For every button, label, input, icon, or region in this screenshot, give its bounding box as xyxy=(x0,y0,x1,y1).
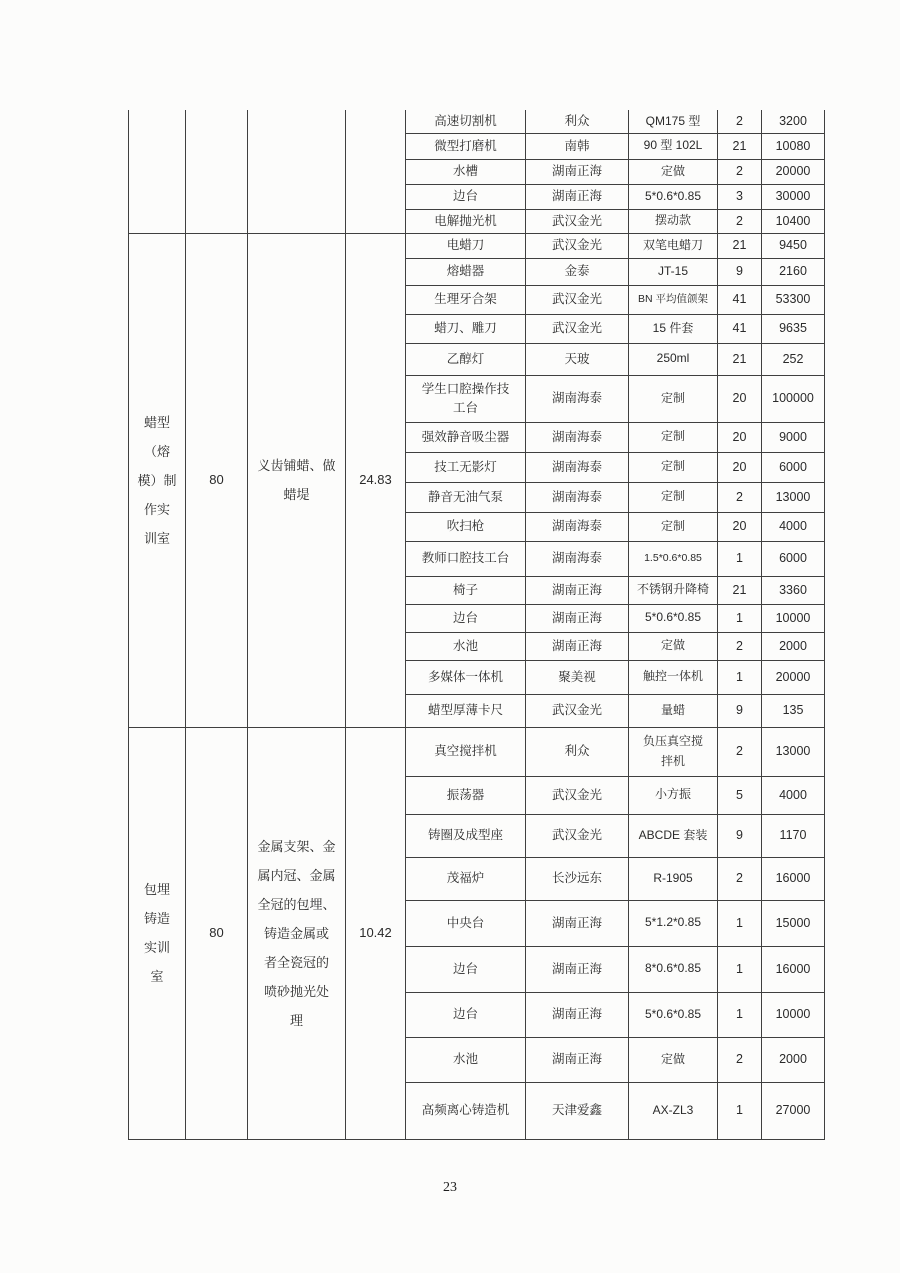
equipment-brand-cell: 天津爱鑫 xyxy=(526,1082,629,1139)
equipment-model-cell: JT-15 xyxy=(629,258,718,285)
equipment-price-cell: 30000 xyxy=(762,184,825,209)
equipment-price-cell: 10000 xyxy=(762,604,825,632)
equipment-qty-cell: 1 xyxy=(718,992,762,1037)
equipment-name-cell: 高速切割机 xyxy=(406,110,526,133)
equipment-model-cell: 定制 xyxy=(629,422,718,452)
equipment-qty-cell: 20 xyxy=(718,452,762,482)
equipment-price-cell: 20000 xyxy=(762,660,825,694)
equipment-price-cell: 1170 xyxy=(762,814,825,857)
equipment-price-cell: 4000 xyxy=(762,512,825,541)
equipment-name-cell: 电蜡刀 xyxy=(406,233,526,258)
equipment-brand-cell: 金泰 xyxy=(526,258,629,285)
equipment-model-cell: 8*0.6*0.85 xyxy=(629,946,718,992)
equipment-brand-cell: 武汉金光 xyxy=(526,694,629,727)
equipment-name-cell: 吹扫枪 xyxy=(406,512,526,541)
equipment-brand-cell: 武汉金光 xyxy=(526,776,629,814)
equipment-price-cell: 100000 xyxy=(762,375,825,422)
equipment-qty-cell: 2 xyxy=(718,110,762,133)
function-cell: 金属支架、金 属内冠、金属 全冠的包埋、 铸造金属或 者全瓷冠的 喷砂抛光处 理 xyxy=(248,727,346,1139)
equipment-brand-cell: 长沙远东 xyxy=(526,857,629,900)
equipment-qty-cell: 5 xyxy=(718,776,762,814)
equipment-qty-cell: 2 xyxy=(718,209,762,233)
equipment-price-cell: 9635 xyxy=(762,314,825,343)
equipment-brand-cell: 湖南海泰 xyxy=(526,512,629,541)
equipment-price-cell: 10000 xyxy=(762,992,825,1037)
equipment-name-cell: 蜡刀、雕刀 xyxy=(406,314,526,343)
equipment-brand-cell: 武汉金光 xyxy=(526,233,629,258)
equipment-qty-cell: 21 xyxy=(718,233,762,258)
equipment-price-cell: 2160 xyxy=(762,258,825,285)
equipment-qty-cell: 41 xyxy=(718,285,762,314)
equipment-brand-cell: 利众 xyxy=(526,727,629,776)
equipment-name-cell: 边台 xyxy=(406,604,526,632)
function-cell: 义齿铺蜡、做 蜡堤 xyxy=(248,233,346,727)
equipment-qty-cell: 1 xyxy=(718,541,762,576)
equipment-name-cell: 电解抛光机 xyxy=(406,209,526,233)
equipment-brand-cell: 湖南正海 xyxy=(526,159,629,184)
equipment-price-cell: 13000 xyxy=(762,482,825,512)
equipment-model-cell: R-1905 xyxy=(629,857,718,900)
equipment-name-cell: 强效静音吸尘器 xyxy=(406,422,526,452)
equipment-price-cell: 135 xyxy=(762,694,825,727)
room-cell xyxy=(129,110,186,233)
equipment-model-cell: 定做 xyxy=(629,159,718,184)
equipment-name-cell: 真空搅拌机 xyxy=(406,727,526,776)
equipment-price-cell: 9450 xyxy=(762,233,825,258)
area-cell xyxy=(186,110,248,233)
equipment-price-cell: 10080 xyxy=(762,133,825,159)
equipment-qty-cell: 9 xyxy=(718,258,762,285)
equipment-qty-cell: 3 xyxy=(718,184,762,209)
table-row: 蜡型 （熔 模）制 作实 训室80义齿铺蜡、做 蜡堤24.83电蜡刀武汉金光双笔… xyxy=(129,233,825,258)
equipment-model-cell: 15 件套 xyxy=(629,314,718,343)
equipment-price-cell: 16000 xyxy=(762,857,825,900)
equipment-model-cell: 定制 xyxy=(629,452,718,482)
equipment-name-cell: 微型打磨机 xyxy=(406,133,526,159)
equipment-name-cell: 边台 xyxy=(406,946,526,992)
equipment-brand-cell: 湖南正海 xyxy=(526,576,629,604)
equipment-name-cell: 熔蜡器 xyxy=(406,258,526,285)
equipment-price-cell: 9000 xyxy=(762,422,825,452)
equipment-qty-cell: 20 xyxy=(718,512,762,541)
equipment-name-cell: 技工无影灯 xyxy=(406,452,526,482)
equipment-qty-cell: 2 xyxy=(718,632,762,660)
equipment-model-cell: QM175 型 xyxy=(629,110,718,133)
equipment-model-cell: 5*0.6*0.85 xyxy=(629,184,718,209)
equipment-qty-cell: 9 xyxy=(718,694,762,727)
equipment-model-cell: 负压真空搅 拌机 xyxy=(629,727,718,776)
equipment-qty-cell: 41 xyxy=(718,314,762,343)
equipment-price-cell: 4000 xyxy=(762,776,825,814)
table-row: 高速切割机利众QM175 型23200 xyxy=(129,110,825,133)
equipment-brand-cell: 湖南海泰 xyxy=(526,375,629,422)
equipment-qty-cell: 1 xyxy=(718,900,762,946)
equipment-brand-cell: 武汉金光 xyxy=(526,285,629,314)
equipment-model-cell: ABCDE 套装 xyxy=(629,814,718,857)
equipment-price-cell: 13000 xyxy=(762,727,825,776)
equipment-brand-cell: 利众 xyxy=(526,110,629,133)
area-cell: 80 xyxy=(186,233,248,727)
equipment-price-cell: 6000 xyxy=(762,541,825,576)
equipment-name-cell: 椅子 xyxy=(406,576,526,604)
equipment-price-cell: 27000 xyxy=(762,1082,825,1139)
equipment-qty-cell: 20 xyxy=(718,422,762,452)
equipment-brand-cell: 天玻 xyxy=(526,343,629,375)
equipment-name-cell: 铸圈及成型座 xyxy=(406,814,526,857)
equipment-model-cell: 双笔电蜡刀 xyxy=(629,233,718,258)
equipment-name-cell: 静音无油气泵 xyxy=(406,482,526,512)
equipment-model-cell: 触控一体机 xyxy=(629,660,718,694)
equipment-price-cell: 16000 xyxy=(762,946,825,992)
equipment-name-cell: 水池 xyxy=(406,1037,526,1082)
equipment-brand-cell: 武汉金光 xyxy=(526,314,629,343)
equipment-name-cell: 生理牙合架 xyxy=(406,285,526,314)
equipment-model-cell: 5*0.6*0.85 xyxy=(629,992,718,1037)
equipment-qty-cell: 1 xyxy=(718,660,762,694)
equipment-brand-cell: 湖南正海 xyxy=(526,946,629,992)
equipment-qty-cell: 2 xyxy=(718,482,762,512)
equipment-brand-cell: 湖南海泰 xyxy=(526,422,629,452)
table-row: 包埋 铸造 实训 室80金属支架、金 属内冠、金属 全冠的包埋、 铸造金属或 者… xyxy=(129,727,825,776)
equipment-qty-cell: 1 xyxy=(718,946,762,992)
equipment-brand-cell: 湖南正海 xyxy=(526,900,629,946)
equipment-brand-cell: 湖南海泰 xyxy=(526,482,629,512)
equipment-model-cell: 定制 xyxy=(629,375,718,422)
equipment-model-cell: 量蜡 xyxy=(629,694,718,727)
equipment-brand-cell: 湖南海泰 xyxy=(526,541,629,576)
document-page: 高速切割机利众QM175 型23200微型打磨机南韩90 型 102L21100… xyxy=(0,0,900,1273)
equipment-model-cell: 小方振 xyxy=(629,776,718,814)
equipment-table-body: 高速切割机利众QM175 型23200微型打磨机南韩90 型 102L21100… xyxy=(129,110,825,1139)
room-cell: 包埋 铸造 实训 室 xyxy=(129,727,186,1139)
equipment-name-cell: 振荡器 xyxy=(406,776,526,814)
value-cell: 24.83 xyxy=(346,233,406,727)
equipment-qty-cell: 2 xyxy=(718,727,762,776)
equipment-price-cell: 2000 xyxy=(762,1037,825,1082)
equipment-qty-cell: 21 xyxy=(718,576,762,604)
equipment-table: 高速切割机利众QM175 型23200微型打磨机南韩90 型 102L21100… xyxy=(128,110,825,1140)
equipment-model-cell: 定制 xyxy=(629,512,718,541)
equipment-model-cell: BN 平均值颌架 xyxy=(629,285,718,314)
equipment-name-cell: 边台 xyxy=(406,992,526,1037)
equipment-brand-cell: 聚美视 xyxy=(526,660,629,694)
equipment-brand-cell: 湖南正海 xyxy=(526,632,629,660)
equipment-price-cell: 2000 xyxy=(762,632,825,660)
area-cell: 80 xyxy=(186,727,248,1139)
equipment-qty-cell: 1 xyxy=(718,604,762,632)
equipment-brand-cell: 湖南正海 xyxy=(526,1037,629,1082)
equipment-price-cell: 20000 xyxy=(762,159,825,184)
equipment-name-cell: 乙醇灯 xyxy=(406,343,526,375)
equipment-model-cell: 5*1.2*0.85 xyxy=(629,900,718,946)
equipment-name-cell: 水池 xyxy=(406,632,526,660)
equipment-qty-cell: 9 xyxy=(718,814,762,857)
value-cell xyxy=(346,110,406,233)
equipment-brand-cell: 南韩 xyxy=(526,133,629,159)
function-cell xyxy=(248,110,346,233)
equipment-name-cell: 教师口腔技工台 xyxy=(406,541,526,576)
equipment-brand-cell: 湖南正海 xyxy=(526,184,629,209)
page-number: 23 xyxy=(0,1180,900,1196)
equipment-model-cell: 定做 xyxy=(629,1037,718,1082)
equipment-price-cell: 3360 xyxy=(762,576,825,604)
equipment-model-cell: 定做 xyxy=(629,632,718,660)
equipment-model-cell: AX-ZL3 xyxy=(629,1082,718,1139)
equipment-qty-cell: 20 xyxy=(718,375,762,422)
equipment-name-cell: 茂福炉 xyxy=(406,857,526,900)
equipment-model-cell: 5*0.6*0.85 xyxy=(629,604,718,632)
equipment-name-cell: 学生口腔操作技 工台 xyxy=(406,375,526,422)
equipment-price-cell: 10400 xyxy=(762,209,825,233)
equipment-model-cell: 250ml xyxy=(629,343,718,375)
equipment-model-cell: 90 型 102L xyxy=(629,133,718,159)
equipment-model-cell: 1.5*0.6*0.85 xyxy=(629,541,718,576)
equipment-price-cell: 6000 xyxy=(762,452,825,482)
equipment-name-cell: 多媒体一体机 xyxy=(406,660,526,694)
equipment-qty-cell: 21 xyxy=(718,133,762,159)
room-cell: 蜡型 （熔 模）制 作实 训室 xyxy=(129,233,186,727)
equipment-brand-cell: 湖南正海 xyxy=(526,992,629,1037)
equipment-brand-cell: 湖南海泰 xyxy=(526,452,629,482)
equipment-qty-cell: 2 xyxy=(718,857,762,900)
equipment-qty-cell: 21 xyxy=(718,343,762,375)
equipment-brand-cell: 武汉金光 xyxy=(526,814,629,857)
equipment-model-cell: 不锈钢升降椅 xyxy=(629,576,718,604)
equipment-brand-cell: 湖南正海 xyxy=(526,604,629,632)
equipment-qty-cell: 2 xyxy=(718,1037,762,1082)
equipment-qty-cell: 1 xyxy=(718,1082,762,1139)
equipment-qty-cell: 2 xyxy=(718,159,762,184)
equipment-price-cell: 252 xyxy=(762,343,825,375)
equipment-brand-cell: 武汉金光 xyxy=(526,209,629,233)
equipment-name-cell: 中央台 xyxy=(406,900,526,946)
equipment-model-cell: 定制 xyxy=(629,482,718,512)
equipment-name-cell: 水槽 xyxy=(406,159,526,184)
equipment-name-cell: 边台 xyxy=(406,184,526,209)
equipment-name-cell: 蜡型厚薄卡尺 xyxy=(406,694,526,727)
equipment-model-cell: 摆动款 xyxy=(629,209,718,233)
value-cell: 10.42 xyxy=(346,727,406,1139)
equipment-price-cell: 53300 xyxy=(762,285,825,314)
equipment-price-cell: 15000 xyxy=(762,900,825,946)
equipment-name-cell: 高频离心铸造机 xyxy=(406,1082,526,1139)
equipment-price-cell: 3200 xyxy=(762,110,825,133)
